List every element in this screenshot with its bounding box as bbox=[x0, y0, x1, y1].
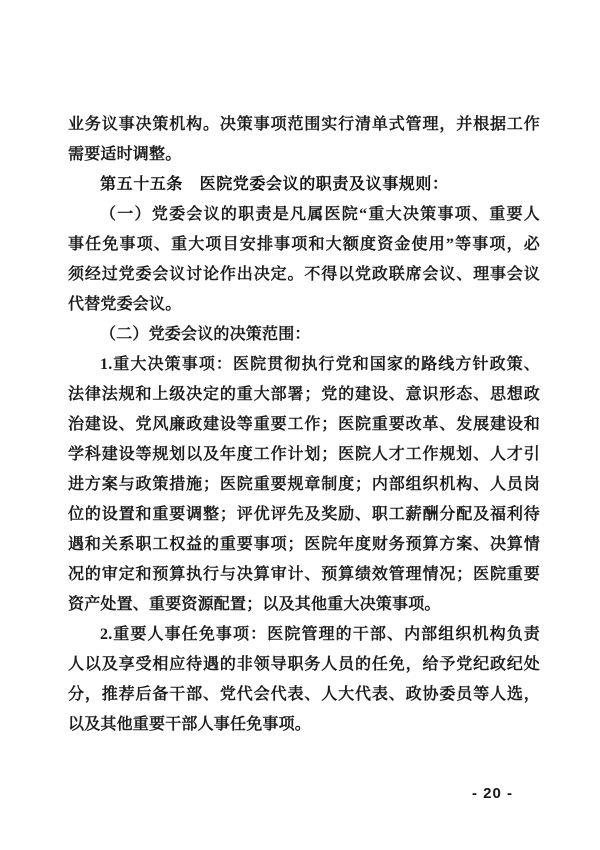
para-scope-item-2-personnel-line: 分，推荐后备干部、党代会代表、人大代表、政协委员等人选， bbox=[68, 680, 540, 710]
para-scope-item-1-major-decisions-line: 遇和关系职工权益的重要事项；医院年度财务预算方案、决算情 bbox=[68, 530, 540, 560]
para-scope-item-2-personnel-line: 2.重要人事任免事项：医院管理的干部、内部组织机构负责 bbox=[68, 620, 540, 650]
para-scope-item-2-personnel-line: 人以及享受相应待遇的非领导职务人员的任免，给予党纪政纪处 bbox=[68, 650, 540, 680]
document-body: 业务议事决策机构。决策事项范围实行清单式管理，并根据工作需要适时调整。第五十五条… bbox=[68, 110, 540, 740]
para-continuation-line: 业务议事决策机构。决策事项范围实行清单式管理，并根据工作 bbox=[68, 110, 540, 140]
para-scope-item-1-major-decisions-line: 位的设置和重要调整；评优评先及奖励、职工薪酬分配及福利待 bbox=[68, 500, 540, 530]
para-scope-item-1-major-decisions-line: 资产处置、重要资源配置；以及其他重大决策事项。 bbox=[68, 590, 540, 620]
para-scope-item-1-major-decisions-line: 治建设、党风廉政建设等重要工作；医院重要改革、发展建设和 bbox=[68, 410, 540, 440]
page-number: - 20 - bbox=[472, 785, 513, 802]
document-page: 业务议事决策机构。决策事项范围实行清单式管理，并根据工作需要适时调整。第五十五条… bbox=[0, 0, 600, 850]
para-scope-item-1-major-decisions-line: 1.重大决策事项：医院贯彻执行党和国家的路线方针政策、 bbox=[68, 350, 540, 380]
para-item-2-scope-line: （二）党委会议的决策范围： bbox=[68, 320, 540, 350]
para-item-1-duties-line: 代替党委会议。 bbox=[68, 290, 540, 320]
para-continuation-line: 需要适时调整。 bbox=[68, 140, 540, 170]
para-scope-item-1-major-decisions-line: 进方案与政策措施；医院重要规章制度；内部组织机构、人员岗 bbox=[68, 470, 540, 500]
para-scope-item-1-major-decisions-line: 学科建设等规划以及年度工作计划；医院人才工作规划、人才引 bbox=[68, 440, 540, 470]
para-item-1-duties-line: 须经过党委会议讨论作出决定。不得以党政联席会议、理事会议 bbox=[68, 260, 540, 290]
para-item-1-duties-line: 事任免事项、重大项目安排事项和大额度资金使用”等事项，必 bbox=[68, 230, 540, 260]
para-scope-item-1-major-decisions-line: 况的审定和预算执行与决算审计、预算绩效管理情况；医院重要 bbox=[68, 560, 540, 590]
article-55-heading-line: 第五十五条 医院党委会议的职责及议事规则： bbox=[68, 170, 540, 200]
para-scope-item-2-personnel-line: 以及其他重要干部人事任免事项。 bbox=[68, 710, 540, 740]
para-scope-item-1-major-decisions-line: 法律法规和上级决定的重大部署；党的建设、意识形态、思想政 bbox=[68, 380, 540, 410]
para-item-1-duties-line: （一）党委会议的职责是凡属医院“重大决策事项、重要人 bbox=[68, 200, 540, 230]
